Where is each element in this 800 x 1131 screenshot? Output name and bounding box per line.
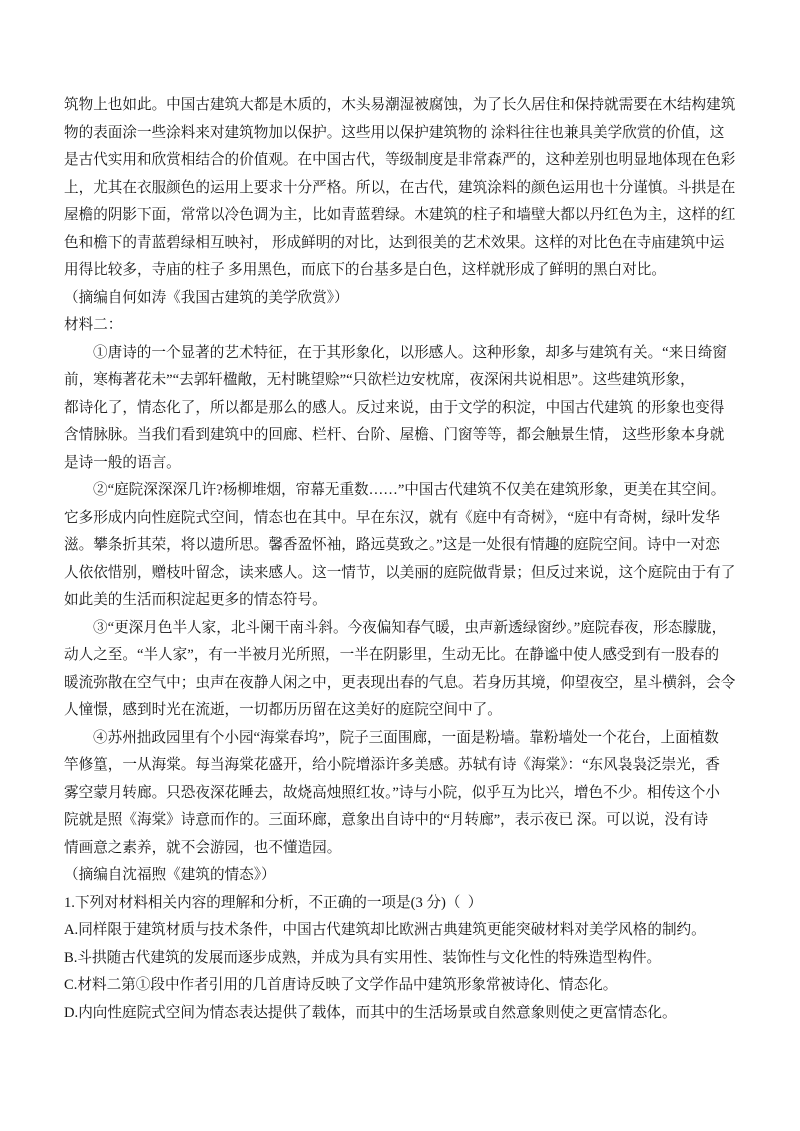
text-line: 暖流弥散在空气中；虫声在夜静人闲之中，更表现出春的气息。若身历其境，仰望夜空，星… (64, 670, 740, 698)
text-line: 物的表面涂一些涂料来对建筑物加以保护。这些用以保护建筑物的 涂料往往也兼具美学欣… (64, 120, 740, 148)
text-line: 情画意之素养，就不会游园，也不懂造园。 (64, 835, 740, 863)
text-line: 动人之至。“半人家”，有一半被月光所照，一半在阴影里，生动无比。在静谧中使人感受… (64, 642, 740, 670)
text-line: 筑物上也如此。中国古建筑大都是木质的，木头易潮湿被腐蚀，为了长久居住和保持就需要… (64, 92, 740, 120)
text-line: 雾空蒙月转廊。只恐夜深花睡去，故烧高烛照红妆。”诗与小院，似乎互为比兴，增色不少… (64, 780, 740, 808)
exam-document-page: 筑物上也如此。中国古建筑大都是木质的，木头易潮湿被腐蚀，为了长久居住和保持就需要… (0, 0, 800, 1131)
text-line: （摘编自何如涛《我国古建筑的美学欣赏》） (64, 285, 740, 313)
text-line: 屋檐的阴影下面，常常以冷色调为主，比如青蓝碧绿。木建筑的柱子和墙壁大都以丹红色为… (64, 202, 740, 230)
text-line: B.斗拱随古代建筑的发展而逐步成熟，并成为具有实用性、装饰性与文化性的特殊造型构… (64, 945, 740, 973)
text-line: C.材料二第①段中作者引用的几首唐诗反映了文学作品中建筑形象常被诗化、情态化。 (64, 972, 740, 1000)
text-line: 人憧憬，感到时光在流逝，一切都历历留在这美好的庭院空间中了。 (64, 697, 740, 725)
text-line: 上，尤其在衣服颜色的运用上要求十分严格。所以，在古代，建筑涂料的颜色运用也十分谨… (64, 175, 740, 203)
text-line: 它多形成内向性庭院式空间，情态也在其中。早在东汉，就有《庭中有奇树》，“庭中有奇… (64, 505, 740, 533)
text-line: 如此美的生活而积淀起更多的情态符号。 (64, 587, 740, 615)
text-line: 色和檐下的青蓝碧绿相互映衬， 形成鲜明的对比，达到很美的艺术效果。这样的对比色在… (64, 230, 740, 258)
text-line: ①唐诗的一个显著的艺术特征，在于其形象化，以形感人。这种形象，却多与建筑有关。“… (64, 340, 740, 368)
text-line: 是古代实用和欣赏相结合的价值观。在中国古代，等级制度是非常森严的，这种差别也明显… (64, 147, 740, 175)
text-line: A.同样限于建筑材质与技术条件，中国古代建筑却比欧洲古典建筑更能突破材料对美学风… (64, 917, 740, 945)
text-line: ④苏州拙政园里有个小园“海棠春坞”，院子三面围廊，一面是粉墙。靠粉墙处一个花台，… (64, 725, 740, 753)
text-line: ③“更深月色半人家，北斗阑干南斗斜。今夜偏知春气暖，虫声新透绿窗纱。”庭院春夜，… (64, 615, 740, 643)
text-line: D.内向性庭院式空间为情态表达提供了载体，而其中的生活场景或自然意象则使之更富情… (64, 1000, 740, 1028)
text-line: 都诗化了，情态化了，所以都是那么的感人。反过来说，由于文学的积淀，中国古代建筑 … (64, 395, 740, 423)
text-line: 是诗一般的语言。 (64, 450, 740, 478)
document-text-block: 筑物上也如此。中国古建筑大都是木质的，木头易潮湿被腐蚀，为了长久居住和保持就需要… (64, 92, 740, 1027)
text-line: 含情脉脉。当我们看到建筑中的回廊、栏杆、台阶、屋檐、门窗等等，都会触景生情， 这… (64, 422, 740, 450)
text-line: 滋。攀条折其荣，将以遗所思。馨香盈怀袖，路远莫致之。”这是一处很有情趣的庭院空间… (64, 532, 740, 560)
text-line: 人依依惜别，赠枝叶留念，读来感人。这一情节，以美丽的庭院做背景；但反过来说，这个… (64, 560, 740, 588)
text-line: 竿修篁，一从海棠。每当海棠花盛开，给小院增添许多美感。苏轼有诗《海棠》：“东风袅… (64, 752, 740, 780)
text-line: （摘编自沈福煦《建筑的情态》） (64, 862, 740, 890)
text-line: 用得比较多，寺庙的柱子 多用黑色，而底下的台基多是白色，这样就形成了鲜明的黑白对… (64, 257, 740, 285)
text-line: ②“庭院深深深几许?杨柳堆烟，帘幕无重数……”中国古代建筑不仅美在建筑形象，更美… (64, 477, 740, 505)
text-line: 1.下列对材料相关内容的理解和分析，不正确的一项是(3 分)（ ） (64, 890, 740, 918)
text-line: 材料二： (64, 312, 740, 340)
text-line: 前，寒梅著花未”“去郭轩楹敞，无村眺望赊”“只欲栏边安枕席，夜深闲共说相思”。这… (64, 367, 740, 395)
text-line: 院就是照《海棠》诗意而作的。三面环廊，意象出自诗中的“月转廊”，表示夜已 深。可… (64, 807, 740, 835)
